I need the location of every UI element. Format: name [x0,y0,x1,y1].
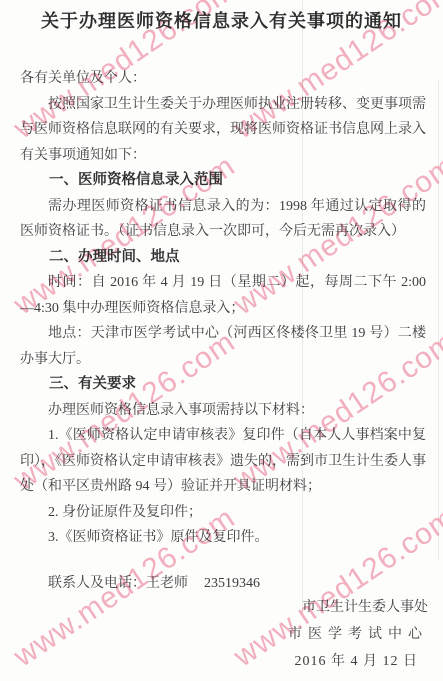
section-2-heading: 二、办理时间、地点 [20,245,426,271]
section-3-item-3: 3.《医师资格证书》原件及复印件。 [20,525,426,551]
contact-line: 联系人及电话：王老师23519346 [20,571,426,597]
contact-label: 联系人及电话： [48,576,146,591]
contact-name: 王老师 [146,576,188,591]
section-1-heading: 一、医师资格信息录入范围 [20,168,426,194]
signature-org-1: 市卫生计生委人事处 [288,594,428,621]
scanned-notice-page: www.med126.comwww.med126.comwww.med126.c… [0,0,443,681]
salutation: 各有关单位及个人： [20,66,426,92]
signature-block: 市卫生计生委人事处 市医学考试中心 2016 年 4 月 12 日 [288,594,428,675]
section-3-paragraph-intro: 办理医师资格信息录入事项需持以下材料： [20,398,426,424]
section-3-item-2: 2. 身份证原件及复印件； [20,500,426,526]
signature-org-2: 市医学考试中心 [288,621,428,648]
contact-phone: 23519346 [204,576,260,591]
intro-paragraph: 按照国家卫生计生委关于办理医师执业注册转移、变更事项需与医师资格信息联网的有关要… [20,92,426,169]
scan-edge-line [438,80,439,560]
signature-date: 2016 年 4 月 12 日 [288,648,418,675]
document-body: 各有关单位及个人： 按照国家卫生计生委关于办理医师执业注册转移、变更事项需与医师… [20,66,426,596]
section-2-paragraph-time: 时间：自 2016 年 4 月 19 日（星期二）起，每周二下午 2:00—4:… [20,270,426,321]
section-3-item-1: 1.《医师资格认定申请审核表》复印件（自本人人事档案中复印），《医师资格认定申请… [20,423,426,500]
section-1-paragraph: 需办理医师资格证书信息录入的为：1998 年通过认定取得的医师资格证书。（证书信… [20,194,426,245]
page-title: 关于办理医师资格信息录入有关事项的通知 [0,7,443,33]
section-3-heading: 三、有关要求 [20,372,426,398]
section-2-paragraph-place: 地点：天津市医学考试中心（河西区佟楼佟卫里 19 号）二楼办事大厅。 [20,321,426,372]
